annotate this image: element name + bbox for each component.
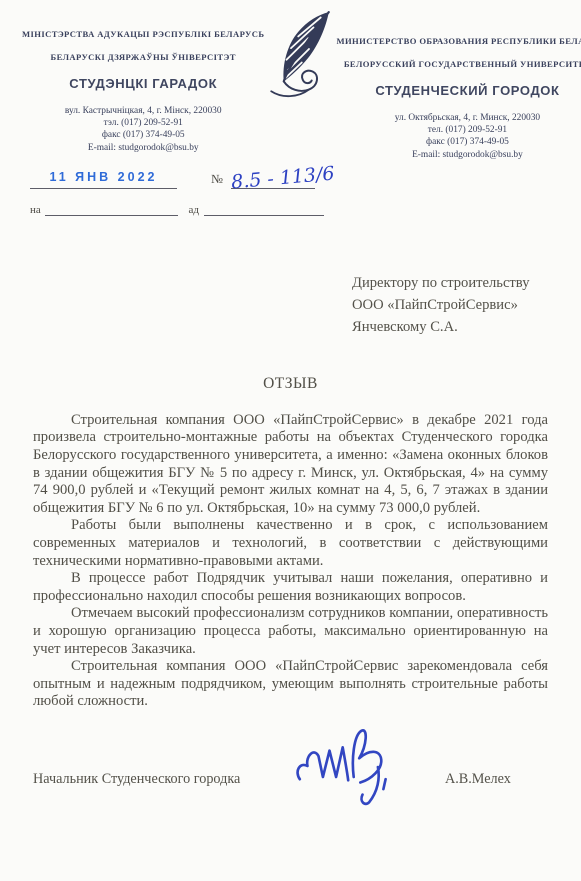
- ministry-line-ru: МИНИСТЕРСТВО ОБРАЗОВАНИЯ РЕСПУБЛИКИ БЕЛА…: [336, 35, 581, 47]
- signer-position: Начальник Студенческого городка: [33, 771, 240, 788]
- department-line-ru: СТУДЕНЧЕСКИЙ ГОРОДОК: [336, 82, 581, 99]
- paragraph: Строительная компания ООО «ПайпСтройСерв…: [33, 412, 548, 518]
- letterhead-russian: МИНИСТЕРСТВО ОБРАЗОВАНИЯ РЕСПУБЛИКИ БЕЛА…: [336, 28, 581, 161]
- address-line-by: вул. Кастрычніцкая, 4, г. Мінск, 220030: [22, 105, 264, 117]
- letter-page: МІНІСТЭРСТВА АДУКАЦЫІ РЭСПУБЛІКІ БЕЛАРУС…: [0, 0, 581, 881]
- phone-line-ru: тел. (017) 209-52-91: [336, 124, 581, 136]
- letterhead-belarusian: МІНІСТЭРСТВА АДУКАЦЫІ РЭСПУБЛІКІ БЕЛАРУС…: [22, 28, 264, 161]
- address-line-ru: ул. Октябрьская, 4, г. Минск, 220030: [336, 112, 581, 124]
- letter-body: Строительная компания ООО «ПайпСтройСерв…: [33, 412, 548, 711]
- phone-line-by: тэл. (017) 209-52-91: [22, 117, 264, 129]
- handwritten-signature: [291, 721, 401, 811]
- paragraph: Отмечаем высокий профессионализм сотрудн…: [33, 605, 548, 658]
- address-block-ru: ул. Октябрьская, 4, г. Минск, 220030 тел…: [336, 112, 581, 161]
- number-sign: №: [211, 172, 223, 189]
- number-line: 8.5 - 113/6: [231, 168, 315, 189]
- ministry-line-by: МІНІСТЭРСТВА АДУКАЦЫІ РЭСПУБЛІКІ БЕЛАРУС…: [22, 28, 264, 40]
- fax-line-ru: факс (017) 374-49-05: [336, 136, 581, 148]
- paragraph: В процессе работ Подрядчик учитывал наши…: [33, 570, 548, 605]
- recipient-name: Янчевскому С.А.: [352, 316, 581, 338]
- university-line-by: БЕЛАРУСКІ ДЗЯРЖАЎНЫ ЎНІВЕРСІТЭТ: [22, 51, 264, 63]
- on-blank-line: [45, 204, 178, 216]
- on-label: на: [30, 204, 41, 216]
- bsu-logo: [264, 8, 336, 161]
- letterhead: МІНІСТЭРСТВА АДУКАЦЫІ РЭСПУБЛІКІ БЕЛАРУС…: [0, 0, 581, 161]
- university-line-ru: БЕЛОРУССКИЙ ГОСУДАРСТВЕННЫЙ УНИВЕРСИТЕТ: [336, 58, 581, 70]
- registration-row: 11 ЯНВ 2022 № 8.5 - 113/6: [30, 167, 581, 189]
- reply-reference-row: на ад: [30, 204, 581, 216]
- paragraph: Строительная компания ООО «ПайпСтройСерв…: [33, 658, 548, 711]
- recipient-company: ООО «ПайпСтройСервис»: [352, 294, 581, 316]
- signature-block: Начальник Студенческого городка А.В.Меле…: [33, 735, 548, 845]
- fax-line-by: факс (017) 374-49-05: [22, 129, 264, 141]
- document-title: ОТЗЫВ: [0, 375, 581, 393]
- email-line-by: E-mail: studgorodok@bsu.by: [22, 142, 264, 154]
- department-line-by: СТУДЭНЦКІ ГАРАДОК: [22, 75, 264, 92]
- quill-feather-icon: [264, 8, 336, 108]
- recipient-block: Директору по строительству ООО «ПайпСтро…: [352, 272, 581, 338]
- address-block-by: вул. Кастрычніцкая, 4, г. Мінск, 220030 …: [22, 105, 264, 154]
- email-line-ru: E-mail: studgorodok@bsu.by: [336, 149, 581, 161]
- handwritten-number: 8.5 - 113/6: [230, 164, 335, 191]
- signer-name: А.В.Мелех: [445, 771, 511, 788]
- date-line: 11 ЯНВ 2022: [30, 168, 177, 189]
- recipient-position: Директору по строительству: [352, 272, 581, 294]
- paragraph: Работы были выполнены качественно и в ср…: [33, 517, 548, 570]
- from-label: ад: [189, 204, 199, 216]
- date-stamp: 11 ЯНВ 2022: [49, 170, 157, 184]
- from-blank-line: [204, 204, 324, 216]
